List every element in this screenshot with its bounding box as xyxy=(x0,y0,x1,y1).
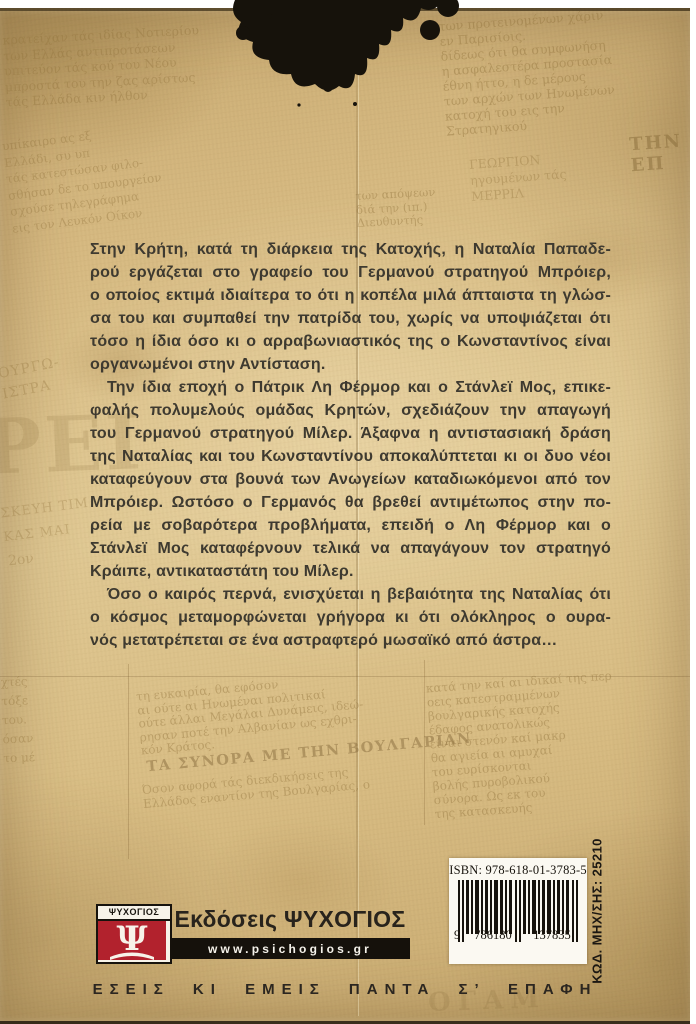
publisher-logo-wordmark: ΨΥΧΟΓΙΟΣ xyxy=(98,906,170,921)
barcode-digits: 9 786180 137835 xyxy=(454,928,582,943)
synopsis-line: του Γερμανού στρατηγού Μίλερ. Άξαφνα η α… xyxy=(90,422,611,445)
publisher-tagline: ΕΣΕΙΣ ΚΙ ΕΜΕΙΣ ΠΑΝΤΑ Σ’ ΕΠΑΦΗ xyxy=(0,981,690,998)
synopsis-line: νός μετατρέπεται σε ένα αστραφτερό μωσαϊ… xyxy=(90,629,611,652)
publisher-name: Εκδόσεις ΨΥΧΟΓΙΟΣ xyxy=(170,906,410,933)
synopsis-line: ο οποίος εκτιμά ιδιαίτερα το ότι η κοπέλ… xyxy=(90,284,611,307)
synopsis-paragraph-2: Την ίδια εποχή ο Πάτρικ Λη Φέρμορ και ο … xyxy=(90,376,611,583)
publisher-logo: ΨΥΧΟΓΙΟΣ Ψ xyxy=(96,904,172,964)
publisher-website: www.psichogios.gr xyxy=(208,942,372,956)
synopsis-line: Στάνλεϊ Μος καταφέρνουν τελικά να απαγάγ… xyxy=(90,537,611,560)
synopsis-line: Την ίδια εποχή ο Πάτρικ Λη Φέρμορ και ο … xyxy=(90,376,611,399)
barcode-digit-group: 9 xyxy=(454,928,464,943)
synopsis-line: τόσο η ίδια όσο κι ο αρραβωνιαστικός της… xyxy=(90,330,611,353)
barcode-digit-group: 786180 xyxy=(464,928,522,943)
synopsis-line: Κράιπε, αντικαταστάτη του Μίλερ. xyxy=(90,560,611,583)
psi-book-icon: Ψ xyxy=(98,921,170,965)
synopsis-line: ρού εργάζεται στο γραφείο του Γερμανού σ… xyxy=(90,261,611,284)
barcode-digit-group: 137835 xyxy=(522,928,582,943)
barcode-block: ISBN: 978-618-01-3783-5 9 786180 137835 xyxy=(449,858,587,964)
ink-blot xyxy=(195,0,495,110)
synopsis-line: Μπρόιερ. Ωστόσο ο Γερμανός θα βρεθεί αντ… xyxy=(90,491,611,514)
synopsis-paragraph-3: Όσο ο καιρός περνά, ενισχύεται η βεβαιότ… xyxy=(90,583,611,652)
synopsis-line: ρεία με σοβαρότερα προβλήματα, επειδή ο … xyxy=(90,514,611,537)
newspaper-column-divider xyxy=(128,664,129,859)
synopsis-line: οργανωμένοι στην Αντίσταση. xyxy=(90,353,611,376)
synopsis-line: καταφεύγουν στα βουνά των Ανωγείων καταδ… xyxy=(90,468,611,491)
newspaper-column-divider xyxy=(424,660,425,825)
publisher-website-bar: www.psichogios.gr xyxy=(170,938,410,959)
synopsis-line: σα του και συμπαθεί την πατρίδα του, χωρ… xyxy=(90,307,611,330)
horizontal-crease xyxy=(0,676,690,677)
isbn-number: ISBN: 978-618-01-3783-5 xyxy=(449,863,587,878)
synopsis-text: Στην Κρήτη, κατά τη διάρκεια της Κατοχής… xyxy=(90,238,611,652)
synopsis-line: Όσο ο καιρός περνά, ενισχύεται η βεβαιότ… xyxy=(90,583,611,606)
synopsis-line: φαλής πολυμελούς ομάδας Κρητών, σχεδιάζο… xyxy=(90,399,611,422)
machine-code-vertical: ΚΩΔ. ΜΗΧ/ΣΗΣ: 25210 xyxy=(590,838,605,984)
synopsis-line: ο κόσμος μεταμορφώνεται γρήγορα κι ότι ο… xyxy=(90,606,611,629)
synopsis-line: Στην Κρήτη, κατά τη διάρκεια της Κατοχής… xyxy=(90,238,611,261)
book-back-cover: κρατείχαν τάς ιδίας Νοτιερίου των Ελλάς … xyxy=(0,0,696,1024)
synopsis-paragraph-1: Στην Κρήτη, κατά τη διάρκεια της Κατοχής… xyxy=(90,238,611,376)
synopsis-line: της Ναταλίας και του Κωνσταντίνου αποκαλ… xyxy=(90,445,611,468)
